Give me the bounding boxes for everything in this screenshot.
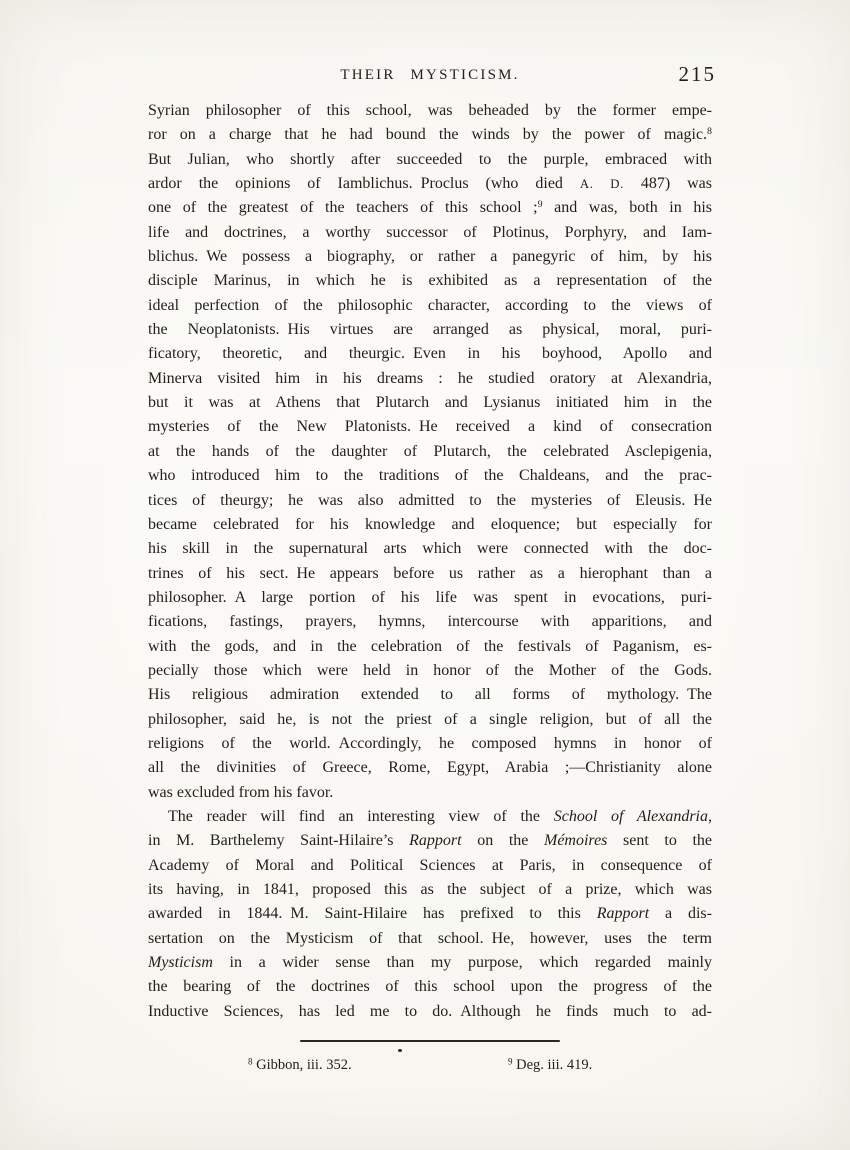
book-page: THEIR MYSTICISM. 215 Syrian philosopher … bbox=[0, 0, 850, 1150]
text-line: disciple Marinus, in which he is exhibit… bbox=[148, 269, 712, 293]
text-line: ror on a charge that he had bound the wi… bbox=[148, 123, 712, 147]
footnote: 8 Gibbon, iii. 352. bbox=[248, 1054, 352, 1076]
footnote-marker: 8 bbox=[248, 1057, 253, 1067]
text-line: mysteries of the New Platonists. He rece… bbox=[148, 415, 712, 439]
text-line: The reader will find an interesting view… bbox=[148, 805, 712, 829]
paragraph: Syrian philosopher of this school, was b… bbox=[148, 99, 712, 805]
text-line: pecially those which were held in honor … bbox=[148, 659, 712, 683]
text-line: His religious admiration extended to all… bbox=[148, 683, 712, 707]
text-line: was excluded from his favor. bbox=[148, 781, 712, 805]
text-line: ideal perfection of the philosophic char… bbox=[148, 294, 712, 318]
footnote-marker: 9 bbox=[508, 1057, 513, 1067]
text-line: sertation on the Mysticism of that schoo… bbox=[148, 927, 712, 951]
text-line: Mysticism in a wider sense than my purpo… bbox=[148, 951, 712, 975]
text-line: blichus. We possess a biography, or rath… bbox=[148, 245, 712, 269]
text-line: one of the greatest of the teachers of t… bbox=[148, 196, 712, 220]
footnote-area: 8 Gibbon, iii. 352.9 Deg. iii. 419. bbox=[148, 1040, 712, 1100]
text-line: all the divinities of Greece, Rome, Egyp… bbox=[148, 756, 712, 780]
text-line: trines of his sect. He appears before us… bbox=[148, 562, 712, 586]
paragraph: The reader will find an interesting view… bbox=[148, 805, 712, 1024]
running-title: THEIR MYSTICISM. bbox=[340, 67, 519, 84]
text-line: at the hands of the daughter of Plutarch… bbox=[148, 440, 712, 464]
text-line: tices of theurgy; he was also admitted t… bbox=[148, 489, 712, 513]
text-line: fications, fastings, prayers, hymns, int… bbox=[148, 610, 712, 634]
text-line: religions of the world. Accordingly, he … bbox=[148, 732, 712, 756]
running-head: THEIR MYSTICISM. 215 bbox=[148, 64, 712, 90]
footnote-row: 8 Gibbon, iii. 352.9 Deg. iii. 419. bbox=[148, 1054, 712, 1078]
footnote-divider bbox=[300, 1040, 560, 1042]
page-number: 215 bbox=[679, 62, 717, 87]
text-line: who introduced him to the traditions of … bbox=[148, 464, 712, 488]
text-line: Minerva visited him in his dreams : he s… bbox=[148, 367, 712, 391]
text-line: but it was at Athens that Plutarch and L… bbox=[148, 391, 712, 415]
ink-speck bbox=[398, 1049, 402, 1052]
text-line: Academy of Moral and Political Sciences … bbox=[148, 854, 712, 878]
text-line: became celebrated for his knowledge and … bbox=[148, 513, 712, 537]
text-line: Syrian philosopher of this school, was b… bbox=[148, 99, 712, 123]
text-line: philosopher. A large portion of his life… bbox=[148, 586, 712, 610]
text-line: in M. Barthelemy Saint-Hilaire’s Rapport… bbox=[148, 829, 712, 853]
footnote: 9 Deg. iii. 419. bbox=[508, 1054, 592, 1076]
text-line: Inductive Sciences, has led me to do. Al… bbox=[148, 1000, 712, 1024]
text-line: his skill in the supernatural arts which… bbox=[148, 537, 712, 561]
text-line: But Julian, who shortly after succeeded … bbox=[148, 148, 712, 172]
text-line: ardor the opinions of Iamblichus. Proclu… bbox=[148, 172, 712, 196]
text-line: ficatory, theoretic, and theurgic. Even … bbox=[148, 342, 712, 366]
text-line: the bearing of the doctrines of this sch… bbox=[148, 975, 712, 999]
text-block: Syrian philosopher of this school, was b… bbox=[148, 99, 712, 1024]
text-line: awarded in 1844. M. Saint-Hilaire has pr… bbox=[148, 902, 712, 926]
text-line: with the gods, and in the celebration of… bbox=[148, 635, 712, 659]
text-line: the Neoplatonists. His virtues are arran… bbox=[148, 318, 712, 342]
text-line: its having, in 1841, proposed this as th… bbox=[148, 878, 712, 902]
text-line: philosopher, said he, is not the priest … bbox=[148, 708, 712, 732]
text-line: life and doctrines, a worthy successor o… bbox=[148, 221, 712, 245]
